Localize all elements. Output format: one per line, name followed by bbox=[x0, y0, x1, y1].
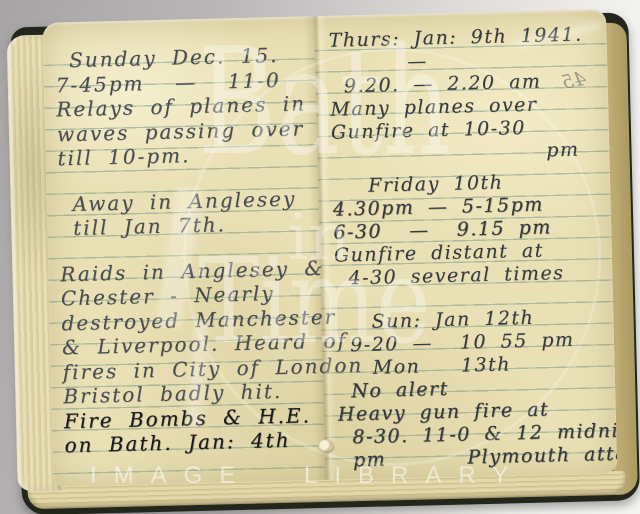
notebook: Sunday Dec. 15. 7-45pm — 11-0 Relays of … bbox=[0, 0, 640, 514]
photo-background: Sunday Dec. 15. 7-45pm — 11-0 Relays of … bbox=[0, 0, 640, 514]
open-pages: Sunday Dec. 15. 7-45pm — 11-0 Relays of … bbox=[42, 9, 617, 487]
ink-bleed-through: 45 bbox=[560, 68, 588, 94]
diary-line: till 10-pm. bbox=[57, 140, 316, 171]
